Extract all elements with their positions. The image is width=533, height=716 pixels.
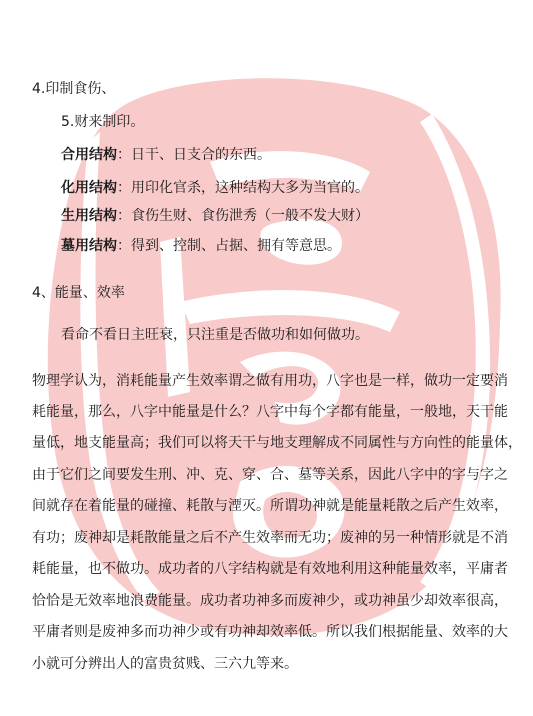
list-item-5: 5.财来制印。 — [61, 113, 144, 131]
body-line: 有功；废神却是耗散能量之后不产生效率而无功；废神的另一种情形就是不消 — [32, 529, 502, 547]
separator: ： — [117, 147, 131, 163]
structure-item-shengyong: 生用结构：食伤生财、食伤泄秀（一般不发大财） — [61, 207, 369, 225]
structure-desc: 日干、日支合的东西。 — [131, 147, 271, 163]
separator: ： — [117, 180, 131, 196]
structure-term: 合用结构 — [61, 147, 117, 163]
body-line: 平庸者则是废神多而功神少或有功神却效率低。所以我们根据能量、效率的大 — [32, 623, 502, 641]
structure-desc: 食伤生财、食伤泄秀（一般不发大财） — [131, 208, 369, 224]
section-heading: 4、能量、效率 — [32, 284, 125, 302]
body-line: 量低，地支能量高；我们可以将天干与地支理解成不同属性与方向性的能量体， — [32, 434, 502, 452]
body-line: 物理学认为，消耗能量产生效率谓之做有用功，八字也是一样，做功一定要消 — [32, 372, 502, 390]
body-line: 小就可分辨出人的富贵贫贱、三六九等来。 — [32, 655, 502, 673]
structure-desc: 用印化官杀，这种结构大多为当官的。 — [131, 180, 369, 196]
body-line: 耗能量，也不做功。成功者的八字结构就是有效地利用这种能量效率，平庸者 — [32, 560, 502, 578]
body-line: 间就存在着能量的碰撞、耗散与湮灭。所谓功神就是能量耗散之后产生效率， — [32, 497, 502, 515]
intro-line: 看命不看日主旺衰，只注重是否做功和如何做功。 — [61, 326, 369, 344]
separator: ： — [117, 208, 131, 224]
structure-term: 生用结构 — [61, 208, 117, 224]
structure-item-heyong: 合用结构：日干、日支合的东西。 — [61, 146, 271, 164]
structure-term: 墓用结构 — [61, 238, 117, 254]
structure-desc: 得到、控制、占据、拥有等意思。 — [131, 238, 341, 254]
body-line: 恰恰是无效率地浪费能量。成功者功神多而废神少，或功神虽少却效率很高， — [32, 592, 502, 610]
list-item-4: 4.印制食伤、 — [32, 80, 115, 98]
structure-item-huayong: 化用结构：用印化官杀，这种结构大多为当官的。 — [61, 179, 369, 197]
structure-item-muyong: 墓用结构：得到、控制、占据、拥有等意思。 — [61, 237, 341, 255]
separator: ： — [117, 238, 131, 254]
body-line: 由于它们之间要发生刑、冲、克、穿、合、墓等关系，因此八字中的字与字之 — [32, 466, 502, 484]
structure-term: 化用结构 — [61, 180, 117, 196]
body-line: 耗能量，那么，八字中能量是什么？八字中每个字都有能量，一般地，天干能 — [32, 403, 502, 421]
